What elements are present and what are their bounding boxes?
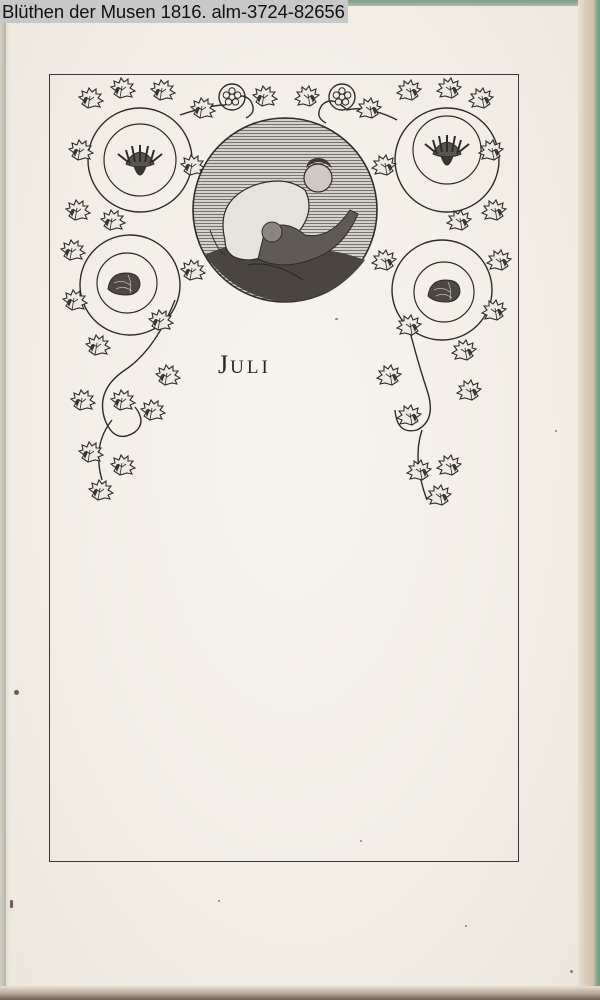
medallion-vignette [193, 118, 377, 302]
vine-ornament [0, 0, 600, 1000]
scanned-page: JULI Blüthen der Musen 1816. alm-3724-82… [0, 0, 600, 1000]
month-title: JULI [218, 350, 271, 380]
month-title-rest: ULI [230, 357, 271, 378]
image-caption-label: Blüthen der Musen 1816. alm-3724-82656 [0, 0, 348, 23]
month-title-initial: J [218, 350, 230, 379]
